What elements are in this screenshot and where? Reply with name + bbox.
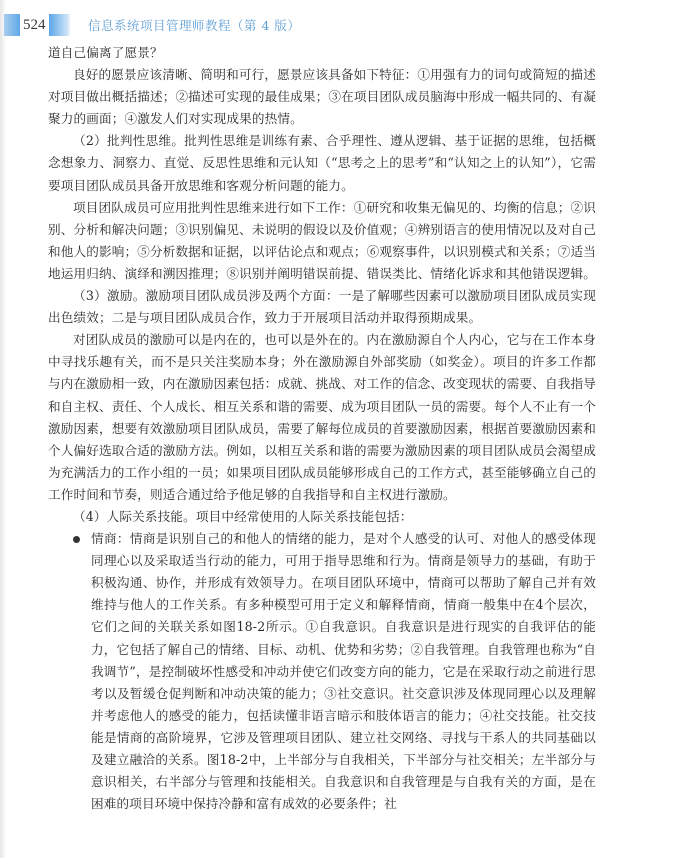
- running-header: 524 信息系统项目管理师教程（第 4 版）: [0, 14, 690, 36]
- page-body: 道自己偏离了愿景？ 良好的愿景应该清晰、简明和可行，愿景应该具备如下特征：①用强…: [48, 42, 596, 815]
- list-item-emotional-intelligence: 情商：情商是识别自己的和他人的情绪的能力，是对个人感受的认可、对他人的感受体现同…: [48, 528, 596, 815]
- header-accent-bar-right: [49, 14, 71, 36]
- paragraph-critical-thinking: （2）批判性思维。批判性思维是训练有素、合乎理性、遵从逻辑、基于证据的思维，包括…: [48, 130, 596, 196]
- paragraph-motivation-detail: 对团队成员的激励可以是内在的，也可以是外在的。内在激励源自个人内心，它与在工作本…: [48, 329, 596, 506]
- book-title: 信息系统项目管理师教程（第 4 版）: [88, 16, 300, 36]
- page-number: 524: [23, 15, 46, 35]
- paragraph-critical-thinking-uses: 项目团队成员可应用批判性思维来进行如下工作：①研究和收集无偏见的、均衡的信息；②…: [48, 197, 596, 285]
- bullet-icon: [73, 536, 80, 543]
- header-accent-bar-left: [4, 14, 20, 36]
- paragraph-continuation: 道自己偏离了愿景？: [48, 42, 596, 64]
- paragraph-interpersonal-skills: （4）人际关系技能。项目中经常使用的人际关系技能包括：: [48, 506, 596, 528]
- paragraph-motivation: （3）激励。激励项目团队成员涉及两个方面：一是了解哪些因素可以激励项目团队成员实…: [48, 285, 596, 329]
- page-edge-shadow: [0, 0, 6, 858]
- list-item-text: 情商：情商是识别自己的和他人的情绪的能力，是对个人感受的认可、对他人的感受体现同…: [91, 531, 596, 811]
- paragraph-vision-features: 良好的愿景应该清晰、简明和可行，愿景应该具备如下特征：①用强有力的词句或简短的描…: [48, 64, 596, 130]
